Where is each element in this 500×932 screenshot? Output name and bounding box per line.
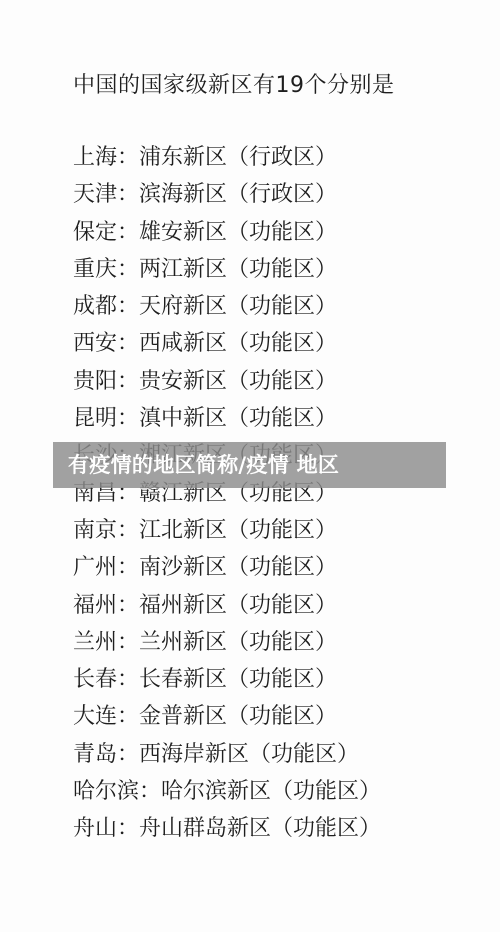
city-name: 青岛 xyxy=(73,742,117,767)
list-item: 舟山：舟山群岛新区（功能区） xyxy=(73,810,381,847)
separator: ： xyxy=(117,704,139,729)
zone-type: （功能区） xyxy=(227,331,337,356)
city-name: 成都 xyxy=(73,294,117,319)
separator: ： xyxy=(117,667,139,692)
list-item: 保定：雄安新区（功能区） xyxy=(73,214,381,251)
city-name: 西安 xyxy=(73,331,117,356)
zone-type: （功能区） xyxy=(271,816,381,841)
separator: ： xyxy=(117,555,139,580)
separator: ： xyxy=(117,816,139,841)
zone-type: （功能区） xyxy=(227,704,337,729)
separator: ： xyxy=(117,630,139,655)
city-name: 贵阳 xyxy=(73,369,117,394)
zone-type: （功能区） xyxy=(227,369,337,394)
document-heading: 中国的国家级新区有19个分别是 xyxy=(73,70,395,102)
zone-name: 福州新区 xyxy=(139,593,227,618)
separator: ： xyxy=(117,220,139,245)
zone-name: 滨海新区 xyxy=(139,182,227,207)
list-item: 南京：江北新区（功能区） xyxy=(73,512,381,549)
list-item: 天津：滨海新区（行政区） xyxy=(73,176,381,213)
zone-name: 南沙新区 xyxy=(139,555,227,580)
new-area-list: 上海：浦东新区（行政区） 天津：滨海新区（行政区） 保定：雄安新区（功能区） 重… xyxy=(73,139,381,848)
list-item: 长春：长春新区（功能区） xyxy=(73,661,381,698)
list-item: 昆明：滇中新区（功能区） xyxy=(73,400,381,437)
zone-name: 江北新区 xyxy=(139,518,227,543)
separator: ： xyxy=(117,331,139,356)
list-item: 上海：浦东新区（行政区） xyxy=(73,139,381,176)
list-item: 贵阳：贵安新区（功能区） xyxy=(73,363,381,400)
zone-type: （行政区） xyxy=(227,182,337,207)
city-name: 舟山 xyxy=(73,816,117,841)
list-item: 兰州：兰州新区（功能区） xyxy=(73,624,381,661)
zone-type: （功能区） xyxy=(249,742,359,767)
list-item: 哈尔滨：哈尔滨新区（功能区） xyxy=(73,773,381,810)
separator: ： xyxy=(117,518,139,543)
list-item: 成都：天府新区（功能区） xyxy=(73,288,381,325)
list-item: 大连：金普新区（功能区） xyxy=(73,698,381,735)
list-item: 青岛：西海岸新区（功能区） xyxy=(73,736,381,773)
zone-name: 滇中新区 xyxy=(139,406,227,431)
separator: ： xyxy=(117,294,139,319)
separator: ： xyxy=(117,257,139,282)
zone-type: （功能区） xyxy=(227,257,337,282)
zone-name: 两江新区 xyxy=(139,257,227,282)
zone-name: 长春新区 xyxy=(139,667,227,692)
zone-type: （行政区） xyxy=(227,145,337,170)
zone-name: 贵安新区 xyxy=(139,369,227,394)
zone-name: 金普新区 xyxy=(139,704,227,729)
city-name: 广州 xyxy=(73,555,117,580)
separator: ： xyxy=(117,145,139,170)
zone-name: 西咸新区 xyxy=(139,331,227,356)
zone-name: 哈尔滨新区 xyxy=(161,779,271,804)
city-name: 大连 xyxy=(73,704,117,729)
city-name: 天津 xyxy=(73,182,117,207)
zone-type: （功能区） xyxy=(227,220,337,245)
separator: ： xyxy=(117,742,139,767)
city-name: 保定 xyxy=(73,220,117,245)
list-item: 重庆：两江新区（功能区） xyxy=(73,251,381,288)
zone-name: 西海岸新区 xyxy=(139,742,249,767)
list-item: 西安：西咸新区（功能区） xyxy=(73,325,381,362)
zone-type: （功能区） xyxy=(227,593,337,618)
city-name: 长春 xyxy=(73,667,117,692)
separator: ： xyxy=(117,369,139,394)
caption-text: 有疫情的地区简称/疫情 地区 xyxy=(68,442,339,488)
zone-type: （功能区） xyxy=(227,518,337,543)
city-name: 福州 xyxy=(73,593,117,618)
zone-type: （功能区） xyxy=(227,555,337,580)
list-item: 广州：南沙新区（功能区） xyxy=(73,549,381,586)
city-name: 南京 xyxy=(73,518,117,543)
zone-name: 兰州新区 xyxy=(139,630,227,655)
zone-name: 天府新区 xyxy=(139,294,227,319)
city-name: 重庆 xyxy=(73,257,117,282)
city-name: 昆明 xyxy=(73,406,117,431)
city-name: 上海 xyxy=(73,145,117,170)
city-name: 哈尔滨 xyxy=(73,779,139,804)
separator: ： xyxy=(117,593,139,618)
zone-name: 雄安新区 xyxy=(139,220,227,245)
list-item: 福州：福州新区（功能区） xyxy=(73,587,381,624)
zone-type: （功能区） xyxy=(227,294,337,319)
separator: ： xyxy=(139,779,161,804)
separator: ： xyxy=(117,406,139,431)
zone-type: （功能区） xyxy=(227,406,337,431)
separator: ： xyxy=(117,182,139,207)
zone-type: （功能区） xyxy=(227,667,337,692)
zone-name: 舟山群岛新区 xyxy=(139,816,271,841)
zone-name: 浦东新区 xyxy=(139,145,227,170)
zone-type: （功能区） xyxy=(227,630,337,655)
zone-type: （功能区） xyxy=(271,779,381,804)
city-name: 兰州 xyxy=(73,630,117,655)
